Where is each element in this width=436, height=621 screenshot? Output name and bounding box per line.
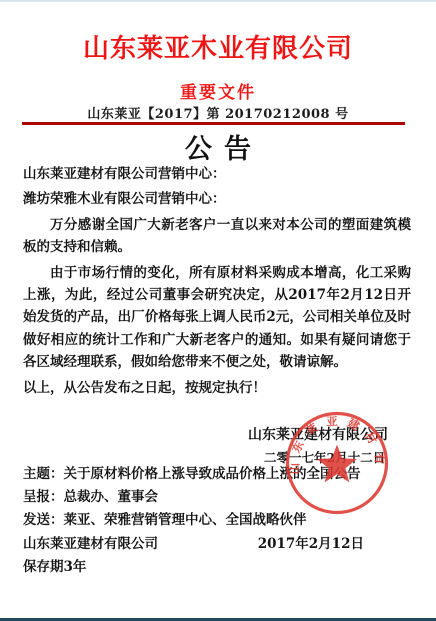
page-top-border bbox=[0, 0, 436, 2]
signature-company: 山东莱亚建材有限公司 bbox=[248, 424, 388, 444]
important-document-label: 重要文件 bbox=[0, 78, 436, 103]
body-paragraph: 由于市场行情的变化，所有原材料采购成本增高，化工采购上涨，为此，经过公司董事会研… bbox=[23, 262, 411, 374]
announcement-title: 公告 bbox=[0, 127, 436, 166]
company-title: 山东莱亚木业有限公司 bbox=[0, 28, 436, 65]
subject-line: 主题：关于原材料价格上涨导致成品价格上涨的全国公告 bbox=[23, 463, 415, 486]
document-footer: 主题：关于原材料价格上涨导致成品价格上涨的全国公告 呈报：总裁办、董事会 发送：… bbox=[23, 463, 415, 579]
issuer-company: 山东莱亚建材有限公司 bbox=[23, 533, 253, 556]
announcement-document: 山东莱亚木业有限公司 重要文件 山东莱亚【2017】第 20170212008 … bbox=[0, 0, 436, 621]
announcement-body: 山东莱亚建材有限公司营销中心： 潍坊荣雅木业有限公司营销中心： 万分感谢全国广大… bbox=[23, 163, 411, 402]
addressee-line-2: 潍坊荣雅木业有限公司营销中心： bbox=[23, 188, 411, 210]
red-divider-rule bbox=[22, 122, 405, 125]
document-number: 山东莱亚【2017】第 20170212008 号 bbox=[0, 103, 436, 122]
closing-line: 以上，从公告发布之日起，按规定执行！ bbox=[23, 377, 411, 399]
report-to-line: 呈报：总裁办、董事会 bbox=[23, 486, 415, 509]
distribution-line: 发送：莱亚、荣雅营销管理中心、全国战略伙伴 bbox=[23, 509, 415, 532]
addressee-line-1: 山东莱亚建材有限公司营销中心： bbox=[23, 163, 411, 185]
retention-line: 保存期3年 bbox=[23, 556, 415, 579]
body-paragraph: 万分感谢全国广大新老客户一直以来对本公司的塑面建筑模板的支持和信赖。 bbox=[23, 214, 411, 259]
issue-date: 2017年2月12日 bbox=[258, 536, 364, 552]
issuer-line: 山东莱亚建材有限公司 2017年2月12日 bbox=[23, 533, 415, 556]
